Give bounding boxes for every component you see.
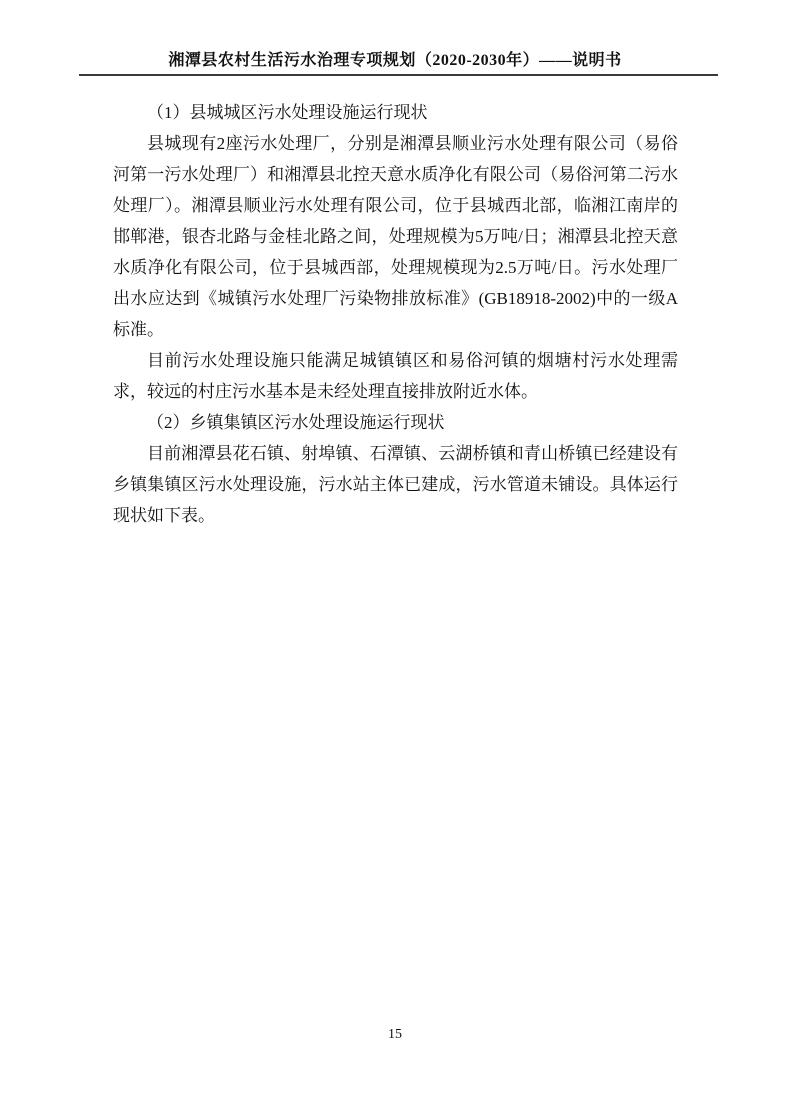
paragraph-county-treatment-plants: 县城现有2座污水处理厂，分别是湘潭县顺业污水处理有限公司（易俗河第一污水处理厂）…: [113, 128, 678, 345]
paragraph-current-coverage: 目前污水处理设施只能满足城镇镇区和易俗河镇的烟塘村污水处理需求，较远的村庄污水基…: [113, 345, 678, 407]
page-number: 15: [388, 1027, 402, 1042]
header-rule: [79, 74, 718, 76]
page-header-title: 湘潭县农村生活污水治理专项规划（2020-2030年）——说明书: [0, 51, 790, 71]
document-body: （1）县城城区污水处理设施运行现状 县城现有2座污水处理厂，分别是湘潭县顺业污水…: [113, 97, 678, 531]
paragraph-township-facilities: 目前湘潭县花石镇、射埠镇、石潭镇、云湖桥镇和青山桥镇已经建设有乡镇集镇区污水处理…: [113, 438, 678, 531]
document-page: 湘潭县农村生活污水治理专项规划（2020-2030年）——说明书 （1）县城城区…: [0, 0, 790, 1118]
section-heading-township-areas: （2）乡镇集镇区污水处理设施运行现状: [113, 407, 678, 438]
page-footer: 15: [0, 1026, 790, 1044]
section-heading-county-urban: （1）县城城区污水处理设施运行现状: [113, 97, 678, 128]
